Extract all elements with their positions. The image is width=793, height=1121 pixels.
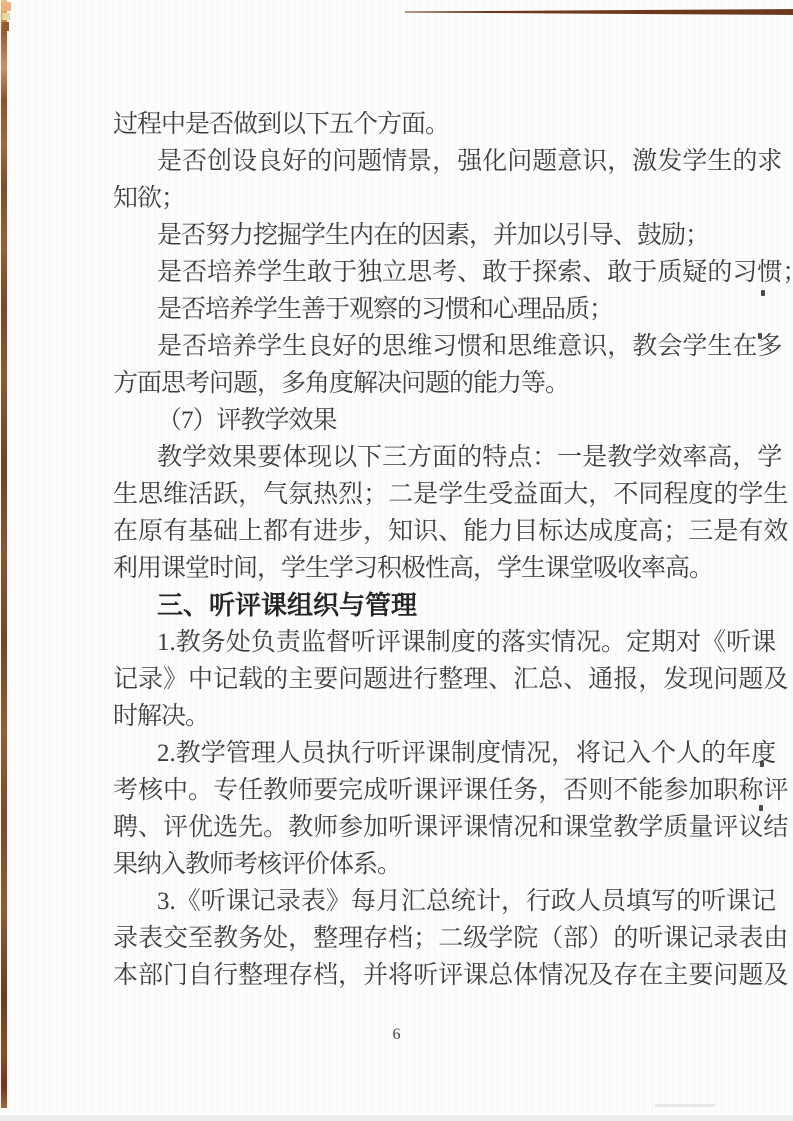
text-line: 聘、评优选先。教师参加听课评课情况和课堂教学质量评议结 bbox=[113, 809, 682, 846]
text-line: 录表交至教务处，整理存档；二级学院（部）的听课记录表由 bbox=[113, 920, 682, 957]
scan-top-line bbox=[405, 9, 793, 15]
scanned-document-page: { "doc": { "lines": [ "过程中是否做到以下五个方面。", … bbox=[0, 0, 793, 1121]
text-line: 3.《听课记录表》每月汇总统计，行政人员填写的听课记 bbox=[157, 883, 682, 920]
text-line: 利用课堂时间，学生学习积极性高，学生课堂吸收率高。 bbox=[113, 550, 682, 587]
text-line: 是否努力挖掘学生内在的因素，并加以引导、鼓励； bbox=[113, 217, 682, 254]
text-line: 过程中是否做到以下五个方面。 bbox=[113, 106, 682, 143]
text-line: 1.教务处负责监督听评课制度的落实情况。定期对《听课 bbox=[157, 624, 682, 661]
scan-bottom-band bbox=[0, 1115, 793, 1121]
text-line: 生思维活跃，气氛热烈；二是学生受益面大，不同程度的学生 bbox=[113, 476, 682, 513]
scan-edge-strip bbox=[1, 0, 7, 1108]
scan-smudge bbox=[655, 1104, 715, 1107]
text-line: 是否培养学生善于观察的习惯和心理品质； bbox=[113, 291, 682, 328]
text-line: 考核中。专任教师要完成听课评课任务，否则不能参加职称评 bbox=[113, 772, 682, 809]
page-number: 6 bbox=[0, 1026, 793, 1044]
scan-corner-mark bbox=[2, 2, 11, 11]
text-line: 教学效果要体现以下三方面的特点：一是教学效率高，学 bbox=[157, 439, 682, 476]
text-line: 时解决。 bbox=[113, 698, 682, 735]
text-line: 记录》中记载的主要问题进行整理、汇总、通报，发现问题及 bbox=[113, 661, 682, 698]
text-line: 在原有基础上都有进步，知识、能力目标达成度高；三是有效 bbox=[113, 513, 682, 550]
text-line: 本部门自行整理存档，并将听评课总体情况及存在主要问题及 bbox=[113, 957, 682, 994]
text-line: 是否培养学生良好的思维习惯和思维意识，教会学生在多 bbox=[157, 328, 682, 365]
document-text-block: 过程中是否做到以下五个方面。 是否创设良好的问题情景，强化问题意识，激发学生的求… bbox=[113, 106, 682, 994]
text-line: （7）评教学效果 bbox=[113, 402, 682, 439]
scan-corner-mark bbox=[2, 13, 10, 20]
text-line: 知欲； bbox=[113, 180, 682, 217]
text-line: 是否创设良好的问题情景，强化问题意识，激发学生的求 bbox=[157, 143, 682, 180]
scan-corner-mark bbox=[2, 22, 9, 31]
section-heading: 三、听评课组织与管理 bbox=[113, 587, 682, 624]
text-line: 2.教学管理人员执行听评课制度情况，将记入个人的年度 bbox=[157, 735, 682, 772]
text-line: 果纳入教师考核评价体系。 bbox=[113, 846, 682, 883]
text-line: 方面思考问题，多角度解决问题的能力等。 bbox=[113, 365, 682, 402]
text-line: 是否培养学生敢于独立思考、敢于探索、敢于质疑的习惯； bbox=[157, 254, 682, 291]
